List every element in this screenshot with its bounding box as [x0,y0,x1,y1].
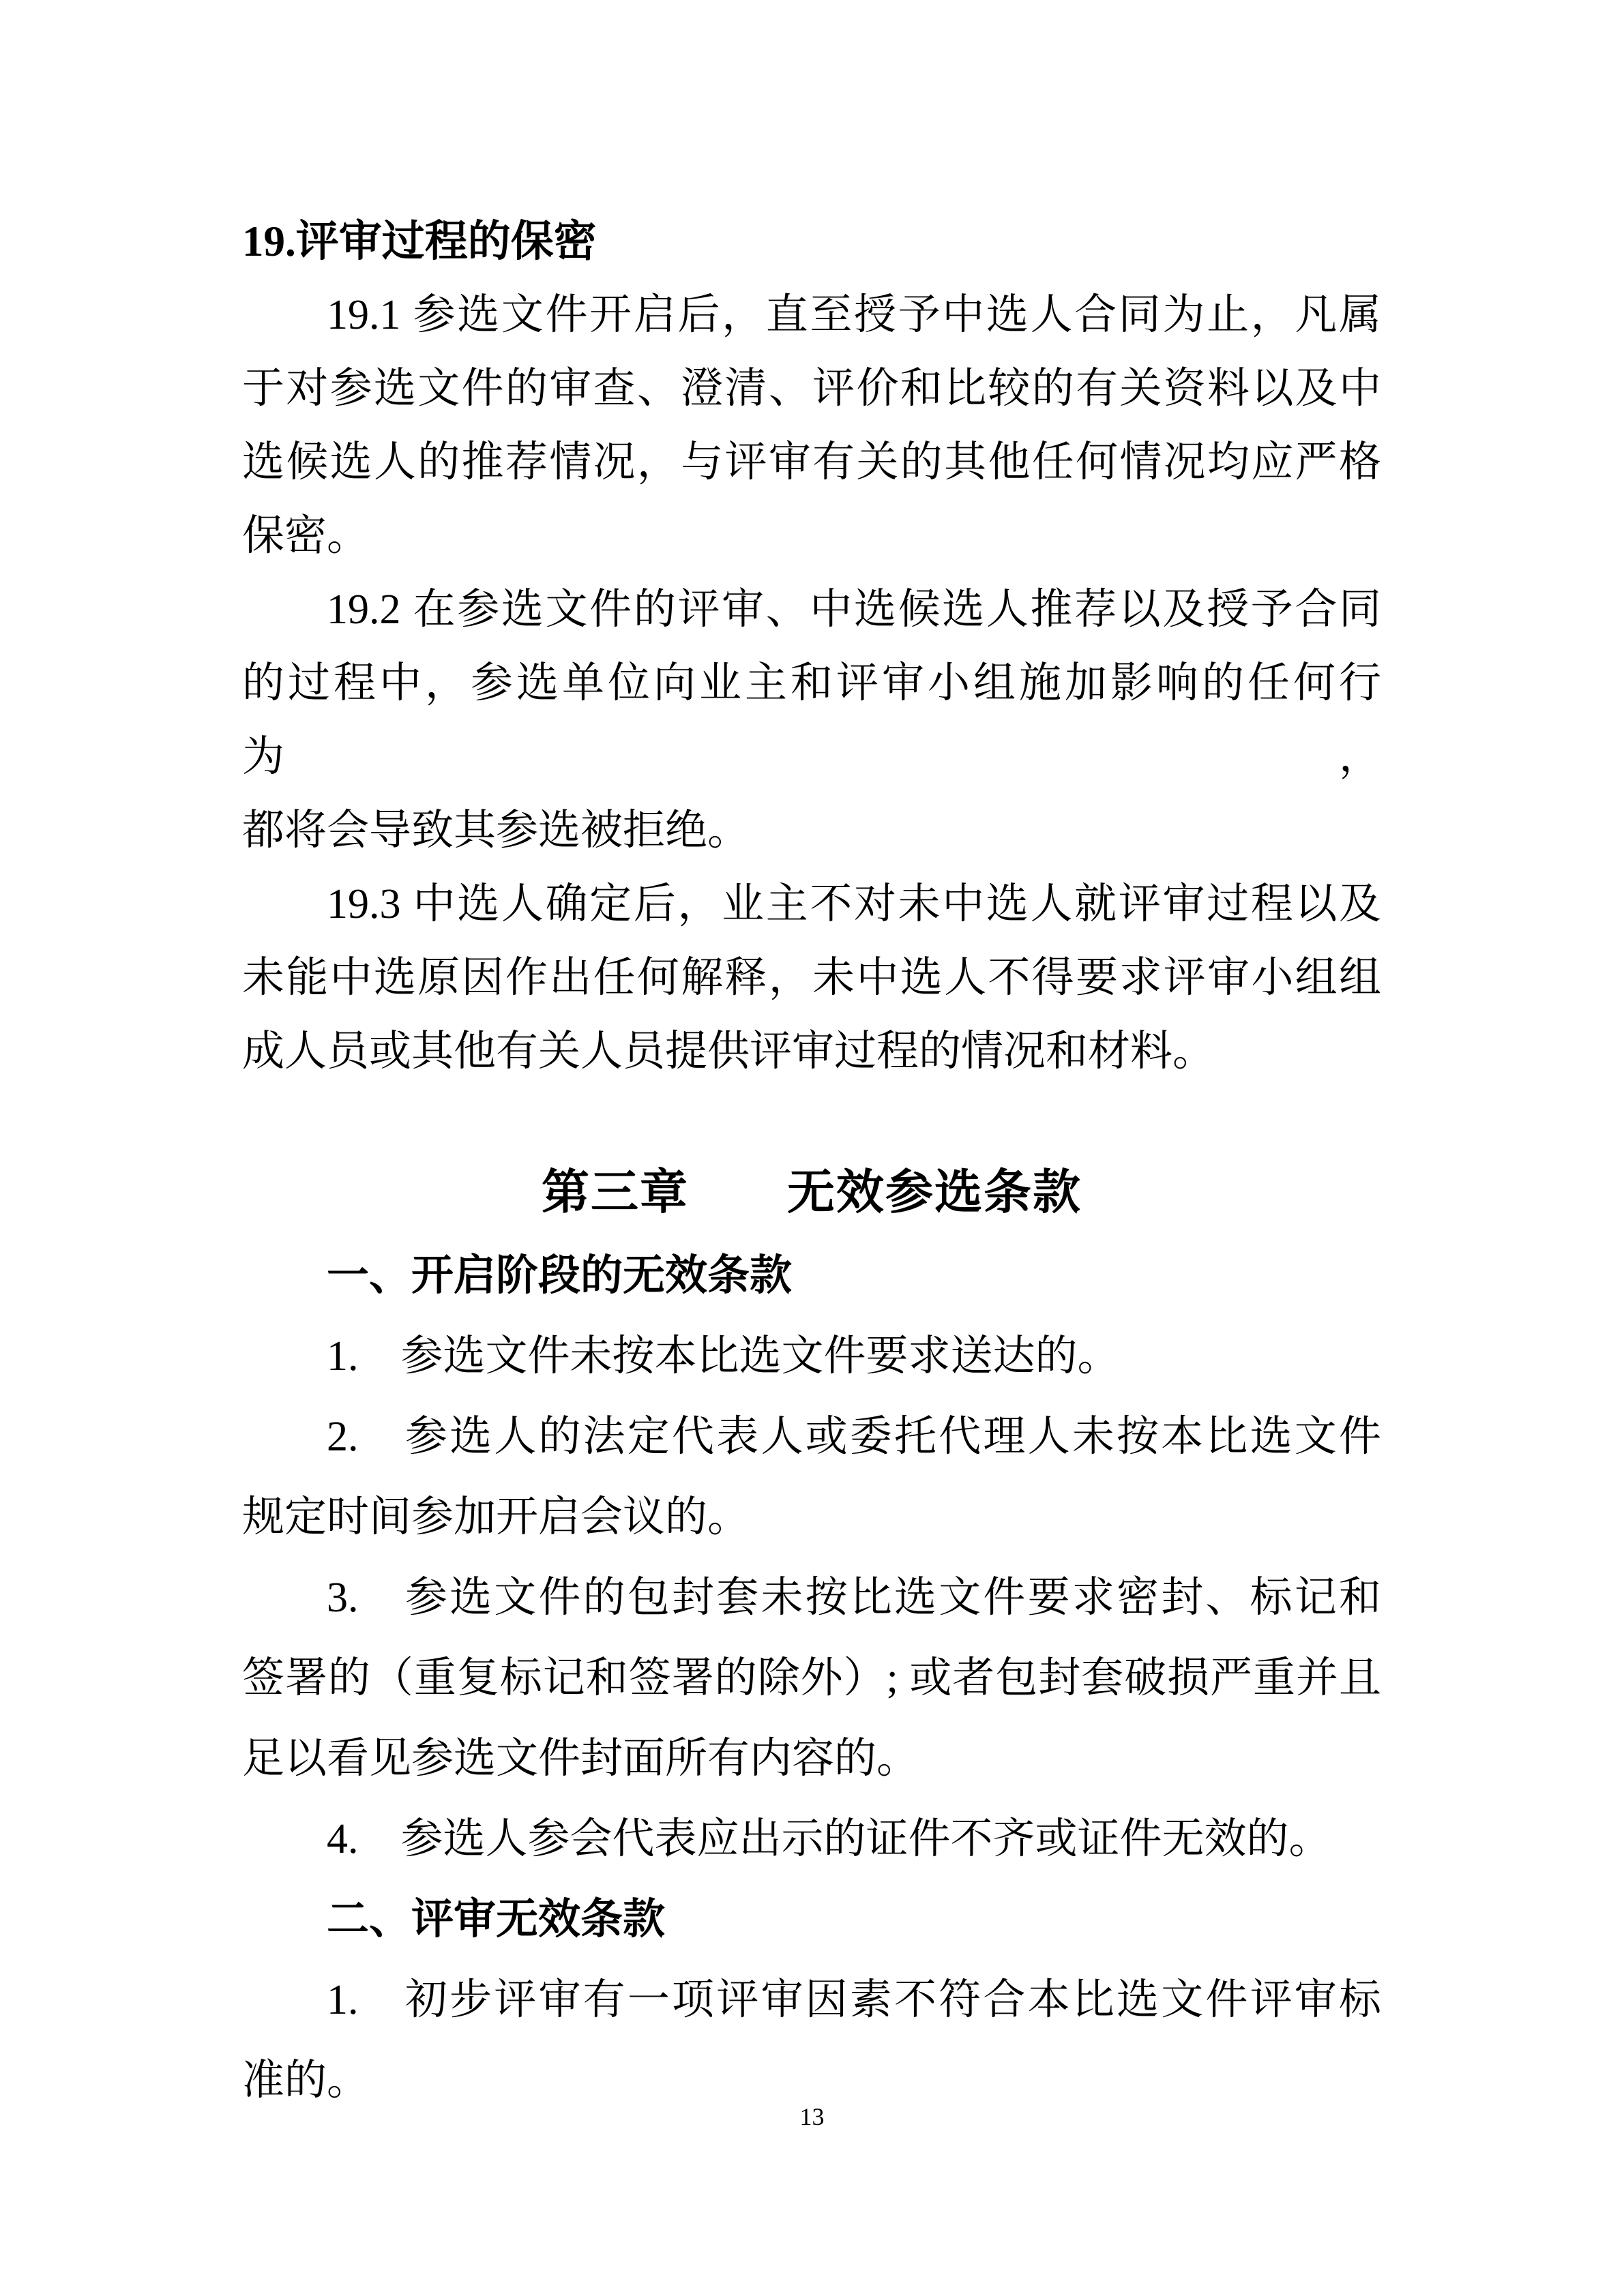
chapter-3-title: 第三章 无效参选条款 [242,1151,1381,1236]
paragraph-line: 选候选人的推荐情况，与评审有关的其他任何情况均应严格 [242,426,1381,499]
list-item-line: 签署的（重复标记和签署的除外）; 或者包封套破损严重并且 [242,1638,1381,1718]
list-item-line: 1. 参选文件未按本比选文件要求送达的。 [242,1316,1381,1397]
document-body: 19.评审过程的保密 19.1 参选文件开启后，直至授予中选人合同为止，凡属 于… [242,205,1381,2121]
section-2-item-1: 1. 初步评审有一项评审因素不符合本比选文件评审标 准的。 [242,1960,1381,2121]
list-item-1: 1. 参选文件未按本比选文件要求送达的。 [242,1316,1381,1397]
paragraph-line: 19.3 中选人确定后，业主不对未中选人就评审过程以及 [242,867,1381,941]
paragraph-line: 成人员或其他有关人员提供评审过程的情况和材料。 [242,1015,1381,1088]
page-number: 13 [0,2102,1624,2132]
paragraph-19-2: 19.2 在参选文件的评审、中选候选人推荐以及授予合同 的过程中，参选单位向业主… [242,573,1381,867]
list-item-3: 3. 参选文件的包封套未按比选文件要求密封、标记和 签署的（重复标记和签署的除外… [242,1557,1381,1799]
section-2-heading: 二、评审无效条款 [242,1879,1381,1960]
list-item-line: 3. 参选文件的包封套未按比选文件要求密封、标记和 [242,1557,1381,1638]
paragraph-line: 都将会导致其参选被拒绝。 [242,794,1381,867]
document-page: 19.评审过程的保密 19.1 参选文件开启后，直至授予中选人合同为止，凡属 于… [0,0,1624,2296]
list-item-line: 4. 参选人参会代表应出示的证件不齐或证件无效的。 [242,1799,1381,1879]
list-item-line: 规定时间参加开启会议的。 [242,1477,1381,1557]
section-1-heading: 一、开启阶段的无效条款 [242,1236,1381,1316]
paragraph-line: 未能中选原因作出任何解释，未中选人不得要求评审小组组 [242,941,1381,1015]
list-item-line: 1. 初步评审有一项评审因素不符合本比选文件评审标 [242,1960,1381,2040]
paragraph-line: 19.1 参选文件开启后，直至授予中选人合同为止，凡属 [242,278,1381,352]
paragraph-line: 于对参选文件的审查、澄清、评价和比较的有关资料以及中 [242,352,1381,426]
list-item-2: 2. 参选人的法定代表人或委托代理人未按本比选文件 规定时间参加开启会议的。 [242,1397,1381,1557]
list-item-line: 足以看见参选文件封面所有内容的。 [242,1718,1381,1799]
paragraph-19-1: 19.1 参选文件开启后，直至授予中选人合同为止，凡属 于对参选文件的审查、澄清… [242,278,1381,573]
list-item-4: 4. 参选人参会代表应出示的证件不齐或证件无效的。 [242,1799,1381,1879]
clause-19-heading: 19.评审过程的保密 [242,205,1381,278]
section-1-invalid-opening: 一、开启阶段的无效条款 1. 参选文件未按本比选文件要求送达的。 2. 参选人的… [242,1236,1381,2121]
paragraph-19-3: 19.3 中选人确定后，业主不对未中选人就评审过程以及 未能中选原因作出任何解释… [242,867,1381,1088]
paragraph-line: 保密。 [242,499,1381,573]
paragraph-line: 的过程中，参选单位向业主和评审小组施加影响的任何行为， [242,646,1381,794]
paragraph-line: 19.2 在参选文件的评审、中选候选人推荐以及授予合同 [242,573,1381,646]
list-item-line: 2. 参选人的法定代表人或委托代理人未按本比选文件 [242,1397,1381,1477]
